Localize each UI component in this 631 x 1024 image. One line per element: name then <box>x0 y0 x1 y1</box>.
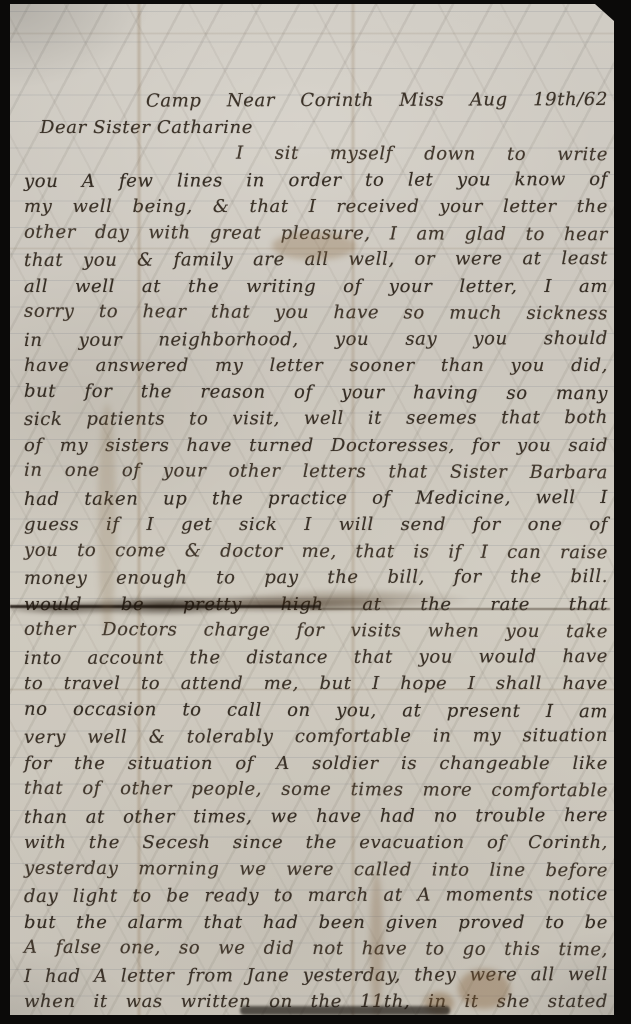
letter-paper: Camp Near Corinth Miss Aug 19th/62 Dear … <box>10 4 614 1015</box>
letter-photo: Camp Near Corinth Miss Aug 19th/62 Dear … <box>0 0 631 1024</box>
photo-vignette <box>10 4 614 1015</box>
